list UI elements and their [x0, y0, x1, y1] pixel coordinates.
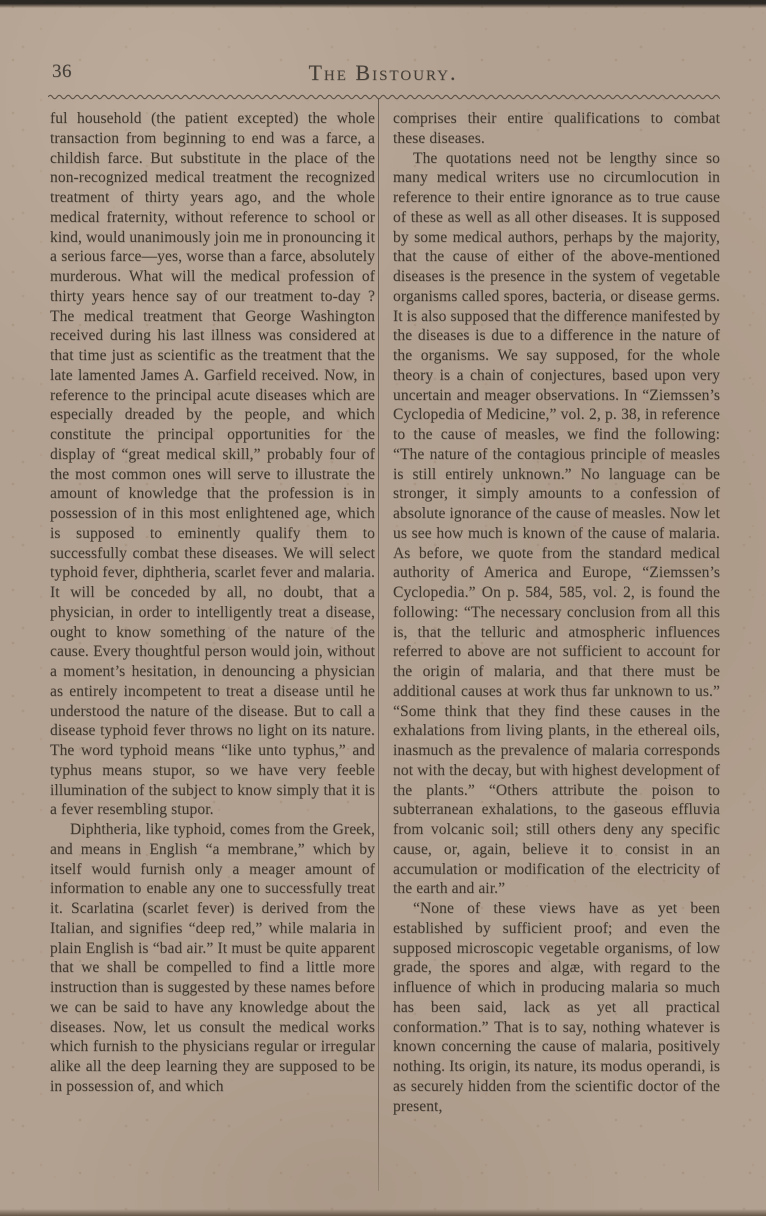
- paragraph: comprises their entire qualifications to…: [393, 109, 720, 149]
- wavy-rule-divider: [48, 92, 720, 102]
- left-column: ful household (the patient excepted) the…: [50, 109, 375, 1097]
- paragraph: Diphtheria, like typhoid, comes from the…: [50, 820, 375, 1097]
- paragraph: The quotations need not be lengthy since…: [393, 149, 720, 900]
- scan-edge-bottom: [0, 1209, 766, 1216]
- journal-title: The Bistoury.: [0, 60, 766, 86]
- scanned-page: 36 The Bistoury. ful household (the pati…: [0, 0, 766, 1216]
- scan-edge-top: [0, 0, 766, 8]
- column-divider-line: [378, 99, 379, 1191]
- paragraph: ful household (the patient excepted) the…: [50, 109, 375, 820]
- right-column: comprises their entire qualifications to…: [393, 109, 720, 1116]
- paragraph: “None of these views have as yet been es…: [393, 899, 720, 1116]
